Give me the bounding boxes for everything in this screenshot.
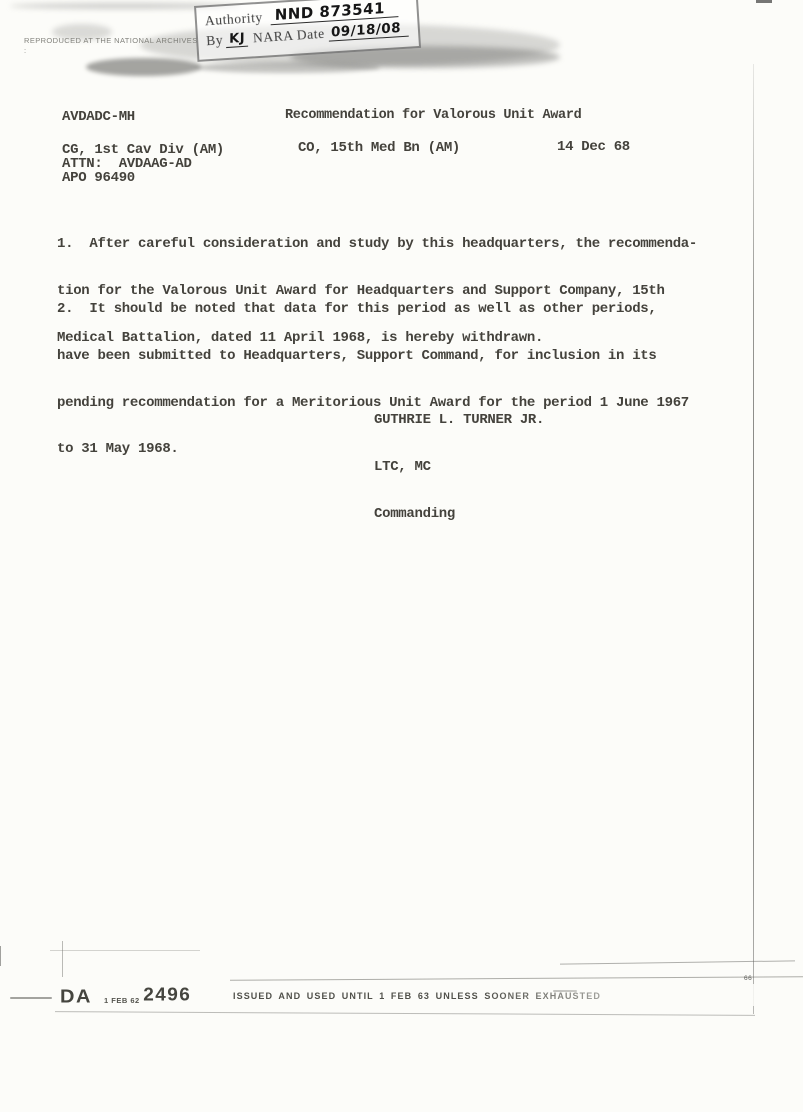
apo-line: APO 96490 (62, 170, 135, 186)
nara-date-value: 09/18/08 (329, 20, 409, 42)
scan-fade-overlay (480, 984, 770, 1006)
office-symbol: AVDADC-MH (62, 109, 135, 125)
paragraph-2: 2. It should be noted that data for this… (57, 270, 689, 489)
signature-title: Commanding (374, 507, 544, 522)
by-label: By (206, 32, 224, 49)
scan-corner-mark (756, 0, 772, 3)
nara-date-label: NARA Date (253, 26, 326, 46)
memo-subject: Recommendation for Valorous Unit Award (285, 108, 581, 123)
paragraph-2-line-2: have been submitted to Headquarters, Sup… (57, 349, 689, 364)
archives-stamp-mark: : (24, 46, 26, 55)
scan-hline-3 (50, 950, 200, 951)
signature-block: GUTHRIE L. TURNER JR. LTC, MC Commanding (374, 381, 544, 553)
memo-date: 14 Dec 68 (557, 139, 630, 155)
by-value: KJ (226, 31, 248, 48)
scan-smudge-tail (195, 62, 380, 73)
scan-vline-form (62, 941, 63, 977)
scanned-memo-page: REPRODUCED AT THE NATIONAL ARCHIVES : Au… (0, 0, 803, 1112)
signature-rank: LTC, MC (374, 460, 544, 475)
paragraph-1-line-1: 1. After careful consideration and study… (57, 237, 697, 252)
paragraph-2-line-1: 2. It should be noted that data for this… (57, 302, 689, 317)
page-mark: 66 (744, 975, 752, 982)
form-prefix: DA (60, 987, 92, 1008)
form-edition-date: 1 FEB 62 (104, 996, 140, 1005)
to-office: CO, 15th Med Bn (AM) (298, 140, 460, 156)
scan-edge-vertical-line (753, 64, 754, 1014)
authority-label: Authority (204, 10, 263, 30)
scan-hline-4 (55, 1011, 755, 1016)
paragraph-2-line-4: to 31 May 1968. (57, 442, 689, 457)
scan-dash-left (10, 997, 52, 999)
scan-smudge-band (86, 58, 201, 76)
scan-left-edge-mark (0, 946, 1, 966)
scan-hline-2 (230, 976, 803, 981)
scan-hline-1 (560, 960, 795, 964)
form-number: 2496 (143, 985, 191, 1006)
paragraph-2-line-3: pending recommendation for a Meritorious… (57, 396, 689, 411)
signature-name: GUTHRIE L. TURNER JR. (374, 413, 544, 428)
archives-stamp-text: REPRODUCED AT THE NATIONAL ARCHIVES (24, 36, 198, 45)
